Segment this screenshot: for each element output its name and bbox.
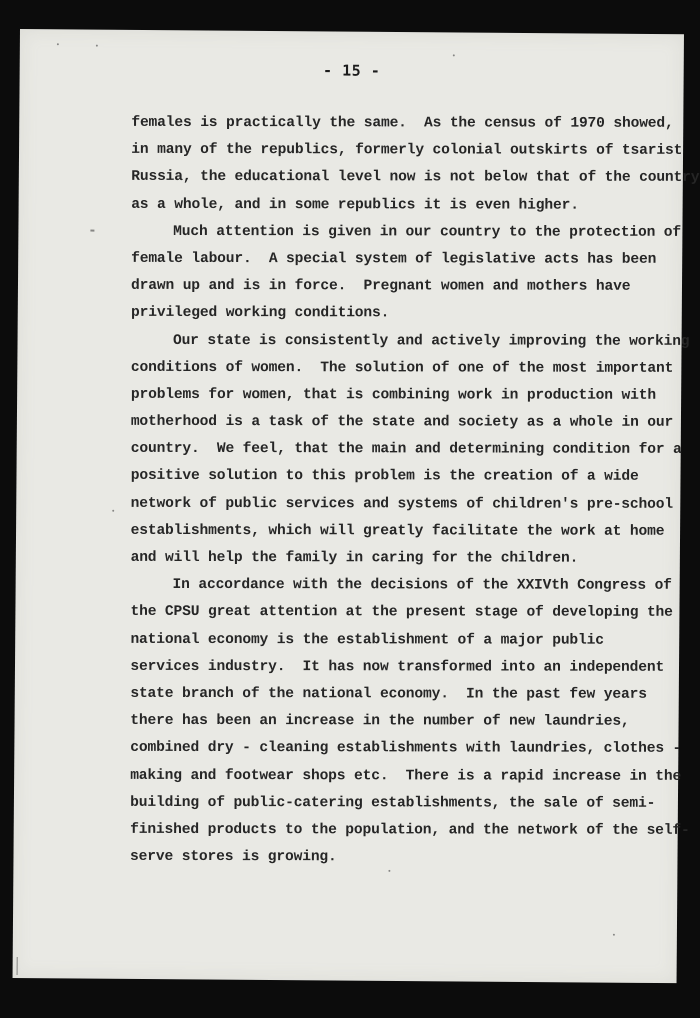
text-line: serve stores is growing.: [130, 844, 675, 872]
typewritten-page: - 15 - females is practically the same. …: [13, 29, 684, 983]
scan-speck: [453, 54, 455, 56]
paragraph-4: In accordance with the decisions of the …: [130, 572, 676, 872]
text-line: country. We feel, that the main and dete…: [131, 436, 676, 464]
scanned-document: - 15 - females is practically the same. …: [0, 0, 700, 1018]
text-line: positive solution to this problem is the…: [131, 463, 676, 491]
text-line: female labour. A special system of legis…: [131, 246, 676, 274]
paragraph-2: Much attention is given in our country t…: [131, 219, 676, 329]
text-line: building of public-catering establishmen…: [130, 790, 675, 818]
paragraph-1: females is practically the same. As the …: [131, 110, 676, 220]
text-line: the CPSU great attention at the present …: [130, 599, 675, 627]
paragraph-3: Our state is consistently and actively i…: [131, 327, 676, 573]
body-text: females is practically the same. As the …: [130, 110, 676, 872]
scan-speck: [90, 230, 94, 232]
text-line: privileged working conditions.: [131, 300, 676, 328]
text-line: combined dry - cleaning establishments w…: [130, 735, 675, 763]
scan-speck: [112, 510, 114, 512]
text-line: establishments, which will greatly facil…: [131, 518, 676, 546]
scan-speck: [57, 43, 59, 45]
scan-speck: [613, 934, 615, 936]
text-line: drawn up and is in force. Pregnant women…: [131, 273, 676, 301]
text-line: as a whole, and in some republics it is …: [131, 191, 676, 219]
text-line: national economy is the establishment of…: [130, 626, 675, 654]
text-line: motherhood is a task of the state and so…: [131, 409, 676, 437]
text-line: Russia, the educational level now is not…: [131, 164, 676, 192]
scan-speck: [96, 45, 98, 47]
text-line: Much attention is given in our country t…: [131, 219, 676, 247]
text-line: there has been an increase in the number…: [130, 708, 675, 736]
text-line: services industry. It has now transforme…: [130, 654, 675, 682]
scan-speck: [17, 957, 18, 975]
text-line: problems for women, that is combining wo…: [131, 382, 676, 410]
text-line: in many of the republics, formerly colon…: [131, 137, 676, 165]
text-line: and will help the family in caring for t…: [131, 545, 676, 573]
page-number: - 15 -: [20, 59, 684, 82]
text-line: state branch of the national economy. In…: [130, 681, 675, 709]
text-line: females is practically the same. As the …: [131, 110, 676, 138]
text-line: network of public services and systems o…: [131, 491, 676, 519]
scan-speck: [388, 870, 390, 872]
text-line: conditions of women. The solution of one…: [131, 355, 676, 383]
text-line: making and footwear shops etc. There is …: [130, 762, 675, 790]
text-line: In accordance with the decisions of the …: [131, 572, 676, 600]
text-line: finished products to the population, and…: [130, 817, 675, 845]
text-line: Our state is consistently and actively i…: [131, 327, 676, 355]
